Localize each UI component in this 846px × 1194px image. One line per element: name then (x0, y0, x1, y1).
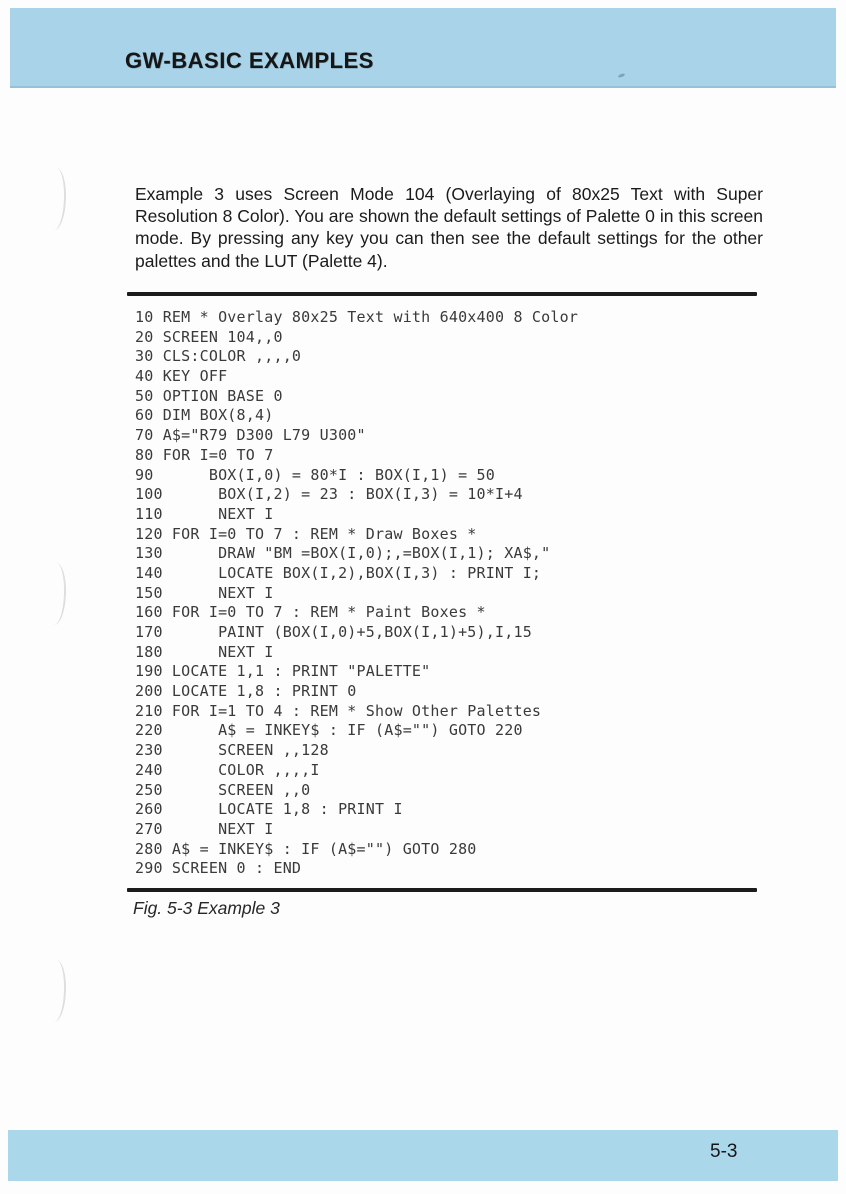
code-line: 170 PAINT (BOX(I,0)+5,BOX(I,1)+5),I,15 (135, 623, 578, 643)
listing-bottom-rule (127, 888, 757, 892)
code-line: 250 SCREEN ,,0 (135, 781, 578, 801)
code-line: 240 COLOR ,,,,I (135, 761, 578, 781)
code-line: 150 NEXT I (135, 584, 578, 604)
scan-artifact (47, 168, 67, 231)
scan-artifact (47, 960, 67, 1023)
code-line: 200 LOCATE 1,8 : PRINT 0 (135, 682, 578, 702)
manual-page: GW-BASIC EXAMPLES Example 3 uses Screen … (0, 0, 846, 1194)
code-line: 30 CLS:COLOR ,,,,0 (135, 347, 578, 367)
code-line: 260 LOCATE 1,8 : PRINT I (135, 800, 578, 820)
code-line: 80 FOR I=0 TO 7 (135, 446, 578, 466)
code-line: 220 A$ = INKEY$ : IF (A$="") GOTO 220 (135, 721, 578, 741)
code-line: 180 NEXT I (135, 643, 578, 663)
code-line: 10 REM * Overlay 80x25 Text with 640x400… (135, 308, 578, 328)
figure-caption: Fig. 5-3 Example 3 (133, 898, 280, 919)
code-line: 100 BOX(I,2) = 23 : BOX(I,3) = 10*I+4 (135, 485, 578, 505)
intro-paragraph: Example 3 uses Screen Mode 104 (Overlayi… (135, 183, 763, 273)
code-line: 40 KEY OFF (135, 367, 578, 387)
code-line: 160 FOR I=0 TO 7 : REM * Paint Boxes * (135, 603, 578, 623)
code-line: 130 DRAW "BM =BOX(I,0);,=BOX(I,1); XA$," (135, 544, 578, 564)
code-line: 190 LOCATE 1,1 : PRINT "PALETTE" (135, 662, 578, 682)
code-listing: 10 REM * Overlay 80x25 Text with 640x400… (135, 308, 578, 879)
code-line: 140 LOCATE BOX(I,2),BOX(I,3) : PRINT I; (135, 564, 578, 584)
page-number: 5-3 (710, 1141, 737, 1163)
code-line: 90 BOX(I,0) = 80*I : BOX(I,1) = 50 (135, 466, 578, 486)
scan-artifact (47, 563, 67, 626)
page-title: GW-BASIC EXAMPLES (125, 48, 374, 74)
code-line: 20 SCREEN 104,,0 (135, 328, 578, 348)
code-line: 280 A$ = INKEY$ : IF (A$="") GOTO 280 (135, 840, 578, 860)
code-line: 290 SCREEN 0 : END (135, 859, 578, 879)
code-line: 60 DIM BOX(8,4) (135, 406, 578, 426)
code-line: 70 A$="R79 D300 L79 U300" (135, 426, 578, 446)
code-line: 110 NEXT I (135, 505, 578, 525)
code-line: 120 FOR I=0 TO 7 : REM * Draw Boxes * (135, 525, 578, 545)
listing-top-rule (127, 292, 757, 296)
code-line: 270 NEXT I (135, 820, 578, 840)
code-line: 210 FOR I=1 TO 4 : REM * Show Other Pale… (135, 702, 578, 722)
scan-speck (618, 73, 626, 78)
code-line: 230 SCREEN ,,128 (135, 741, 578, 761)
code-line: 50 OPTION BASE 0 (135, 387, 578, 407)
